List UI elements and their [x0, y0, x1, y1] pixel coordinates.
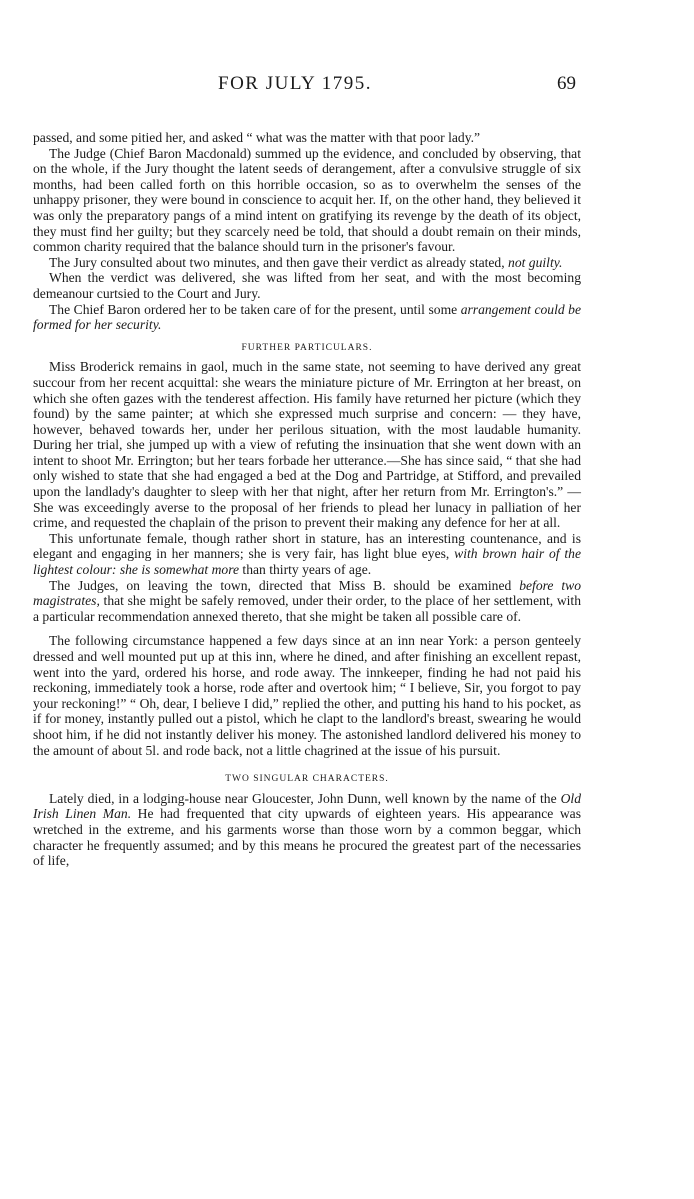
article-body: passed, and some pitied her, and asked “… [33, 130, 581, 869]
paragraph-continuation: passed, and some pitied her, and asked “… [33, 130, 581, 146]
paragraph-chief-baron: The Chief Baron ordered her to be taken … [33, 302, 581, 333]
verdict-not-guilty: not guilty. [508, 255, 562, 270]
paragraph-miss-broderick: Miss Broderick remains in gaol, much in … [33, 359, 581, 531]
running-title: FOR JULY 1795. [218, 73, 372, 95]
section-heading-further-particulars: FURTHER PARTICULARS. [33, 341, 581, 357]
paragraph-verdict-delivered: When the verdict was delivered, she was … [33, 270, 581, 301]
running-head: FOR JULY 1795. 69 [0, 73, 694, 103]
paragraph-john-dunn: Lately died, in a lodging-house near Glo… [33, 791, 581, 869]
paragraph-judge-summary: The Judge (Chief Baron Macdonald) summed… [33, 146, 581, 255]
paragraph-jury-verdict: The Jury consulted about two minutes, an… [33, 255, 581, 271]
page-number: 69 [557, 73, 576, 95]
paragraph-inn-near-york: The following circumstance happened a fe… [33, 633, 581, 758]
paragraph-judges-leaving: The Judges, on leaving the town, directe… [33, 578, 581, 625]
paragraph-unfortunate-female: This unfortunate female, though rather s… [33, 531, 581, 578]
section-heading-two-singular-characters: TWO SINGULAR CHARACTERS. [33, 772, 581, 788]
section-gap [33, 624, 581, 633]
scanned-page: FOR JULY 1795. 69 passed, and some pitie… [0, 0, 694, 1199]
